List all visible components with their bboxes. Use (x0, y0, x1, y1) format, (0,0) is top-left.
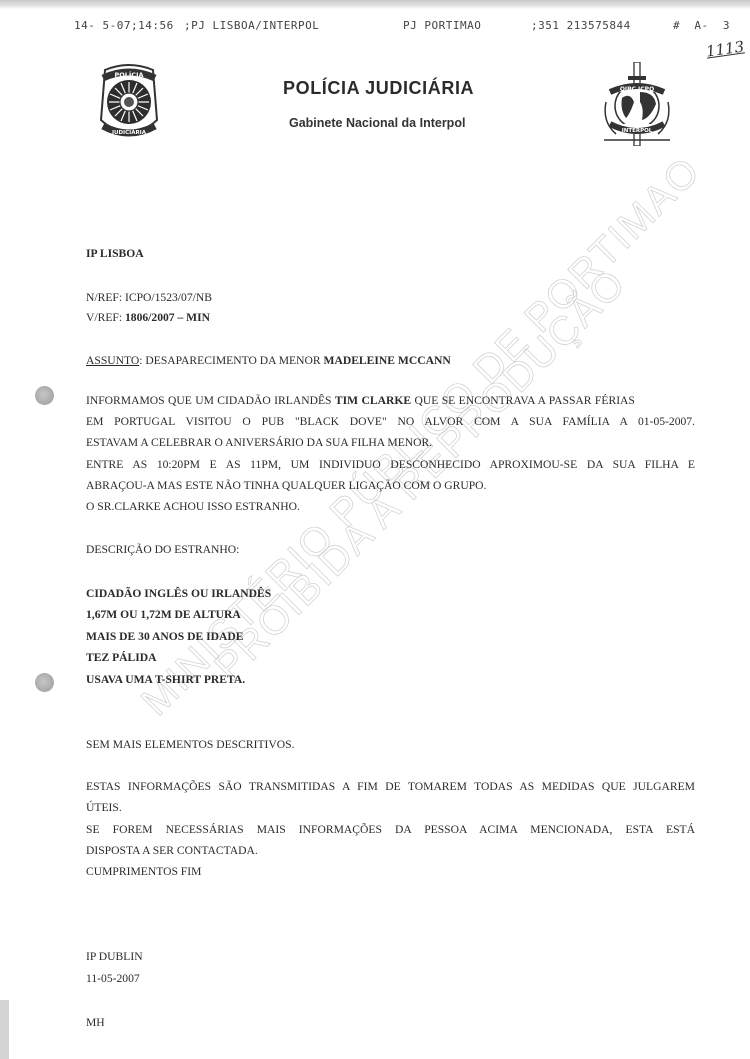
svg-text:POLÍCIA: POLÍCIA (114, 70, 143, 79)
body-line: ENTRE AS 10:20PM E AS 11PM, UM INDIVIDUO… (86, 455, 695, 475)
body-line: INFORMAMOS QUE UM CIDADÃO IRLANDÊS TIM C… (86, 391, 635, 411)
description-heading: DESCRIÇÃO DO ESTRANHO: (86, 540, 239, 560)
your-reference-value: 1806/2007 – MIN (125, 311, 210, 324)
body-line: ESTAVAM A CELEBRAR O ANIVERSÁRIO DA SUA … (86, 433, 432, 453)
interpol-emblem-icon: OIPC ICPO INTERPOL (600, 62, 674, 146)
fax-sender: ;PJ LISBOA/INTERPOL (184, 19, 319, 32)
your-reference: V/REF: 1806/2007 – MIN (86, 308, 210, 328)
svg-text:INTERPOL: INTERPOL (622, 128, 653, 134)
your-reference-label: V/REF: (86, 311, 125, 324)
our-reference-value: ICPO/1523/07/NB (125, 291, 212, 304)
signature-initials: MH (86, 1013, 105, 1033)
subject-text: : DESAPARECIMENTO DA MENOR (139, 354, 323, 367)
subject-line: ASSUNTO: DESAPARECIMENTO DA MENOR MADELE… (86, 351, 451, 371)
body-line: SE FOREM NECESSÁRIAS MAIS INFORMAÇÕES DA… (86, 820, 695, 840)
witness-name: TIM CLARKE (335, 394, 411, 407)
fax-phone: ;351 213575844 (531, 19, 631, 32)
description-item: USAVA UMA T-SHIRT PRETA. (86, 670, 245, 690)
description-item: TEZ PÁLIDA (86, 648, 157, 668)
body-text: QUE SE ENCONTRAVA A PASSAR FÉRIAS (411, 394, 635, 407)
closing: CUMPRIMENTOS FIM (86, 862, 201, 882)
fax-header: 14- 5-07;14:56 ;PJ LISBOA/INTERPOL PJ PO… (0, 19, 750, 35)
body-line: ESTAS INFORMAÇÕES SÃO TRANSMITIDAS A FIM… (86, 777, 695, 797)
hole-punch (35, 386, 54, 405)
body-line: ABRAÇOU-A MAS ESTE NÃO TINHA QUALQUER LI… (86, 476, 486, 496)
svg-text:JUDICIÁRIA: JUDICIÁRIA (111, 129, 147, 136)
recipient: IP LISBOA (86, 244, 144, 264)
subject-label: ASSUNTO (86, 354, 139, 367)
body-line: DISPOSTA A SER CONTACTADA. (86, 841, 258, 861)
svg-text:OIPC ICPO: OIPC ICPO (620, 86, 654, 93)
scan-left-edge (0, 1000, 9, 1059)
handwritten-page-number: 1113 (705, 37, 745, 60)
body-line: ÚTEIS. (86, 798, 122, 818)
letterhead-subtitle: Gabinete Nacional da Interpol (289, 116, 465, 130)
description-item: CIDADÃO INGLÊS OU IRLANDÊS (86, 584, 271, 604)
signature-office: IP DUBLIN (86, 947, 143, 967)
no-more-details: SEM MAIS ELEMENTOS DESCRITIVOS. (86, 735, 295, 755)
body-line: EM PORTUGAL VISITOU O PUB "BLACK DOVE" N… (86, 412, 695, 432)
scan-top-edge (0, 0, 750, 9)
body-line: O SR.CLARKE ACHOU ISSO ESTRANHO. (86, 497, 300, 517)
body-text: INFORMAMOS QUE UM CIDADÃO IRLANDÊS (86, 394, 335, 407)
fax-recipient: PJ PORTIMAO (403, 19, 481, 32)
description-item: MAIS DE 30 ANOS DE IDADE (86, 627, 244, 647)
policia-judiciaria-emblem-icon: POLÍCIA JUDICIÁRIA (95, 60, 163, 144)
our-reference-label: N/REF: (86, 291, 125, 304)
hole-punch (35, 673, 54, 692)
our-reference: N/REF: ICPO/1523/07/NB (86, 288, 212, 308)
letterhead-title: POLÍCIA JUDICIÁRIA (283, 78, 474, 99)
signature-date: 11-05-2007 (86, 969, 140, 989)
subject-name: MADELEINE MCCANN (324, 354, 451, 367)
fax-datetime: 14- 5-07;14:56 (74, 19, 174, 32)
description-item: 1,67M OU 1,72M DE ALTURA (86, 605, 241, 625)
fax-page: # A- 3 (673, 19, 730, 32)
